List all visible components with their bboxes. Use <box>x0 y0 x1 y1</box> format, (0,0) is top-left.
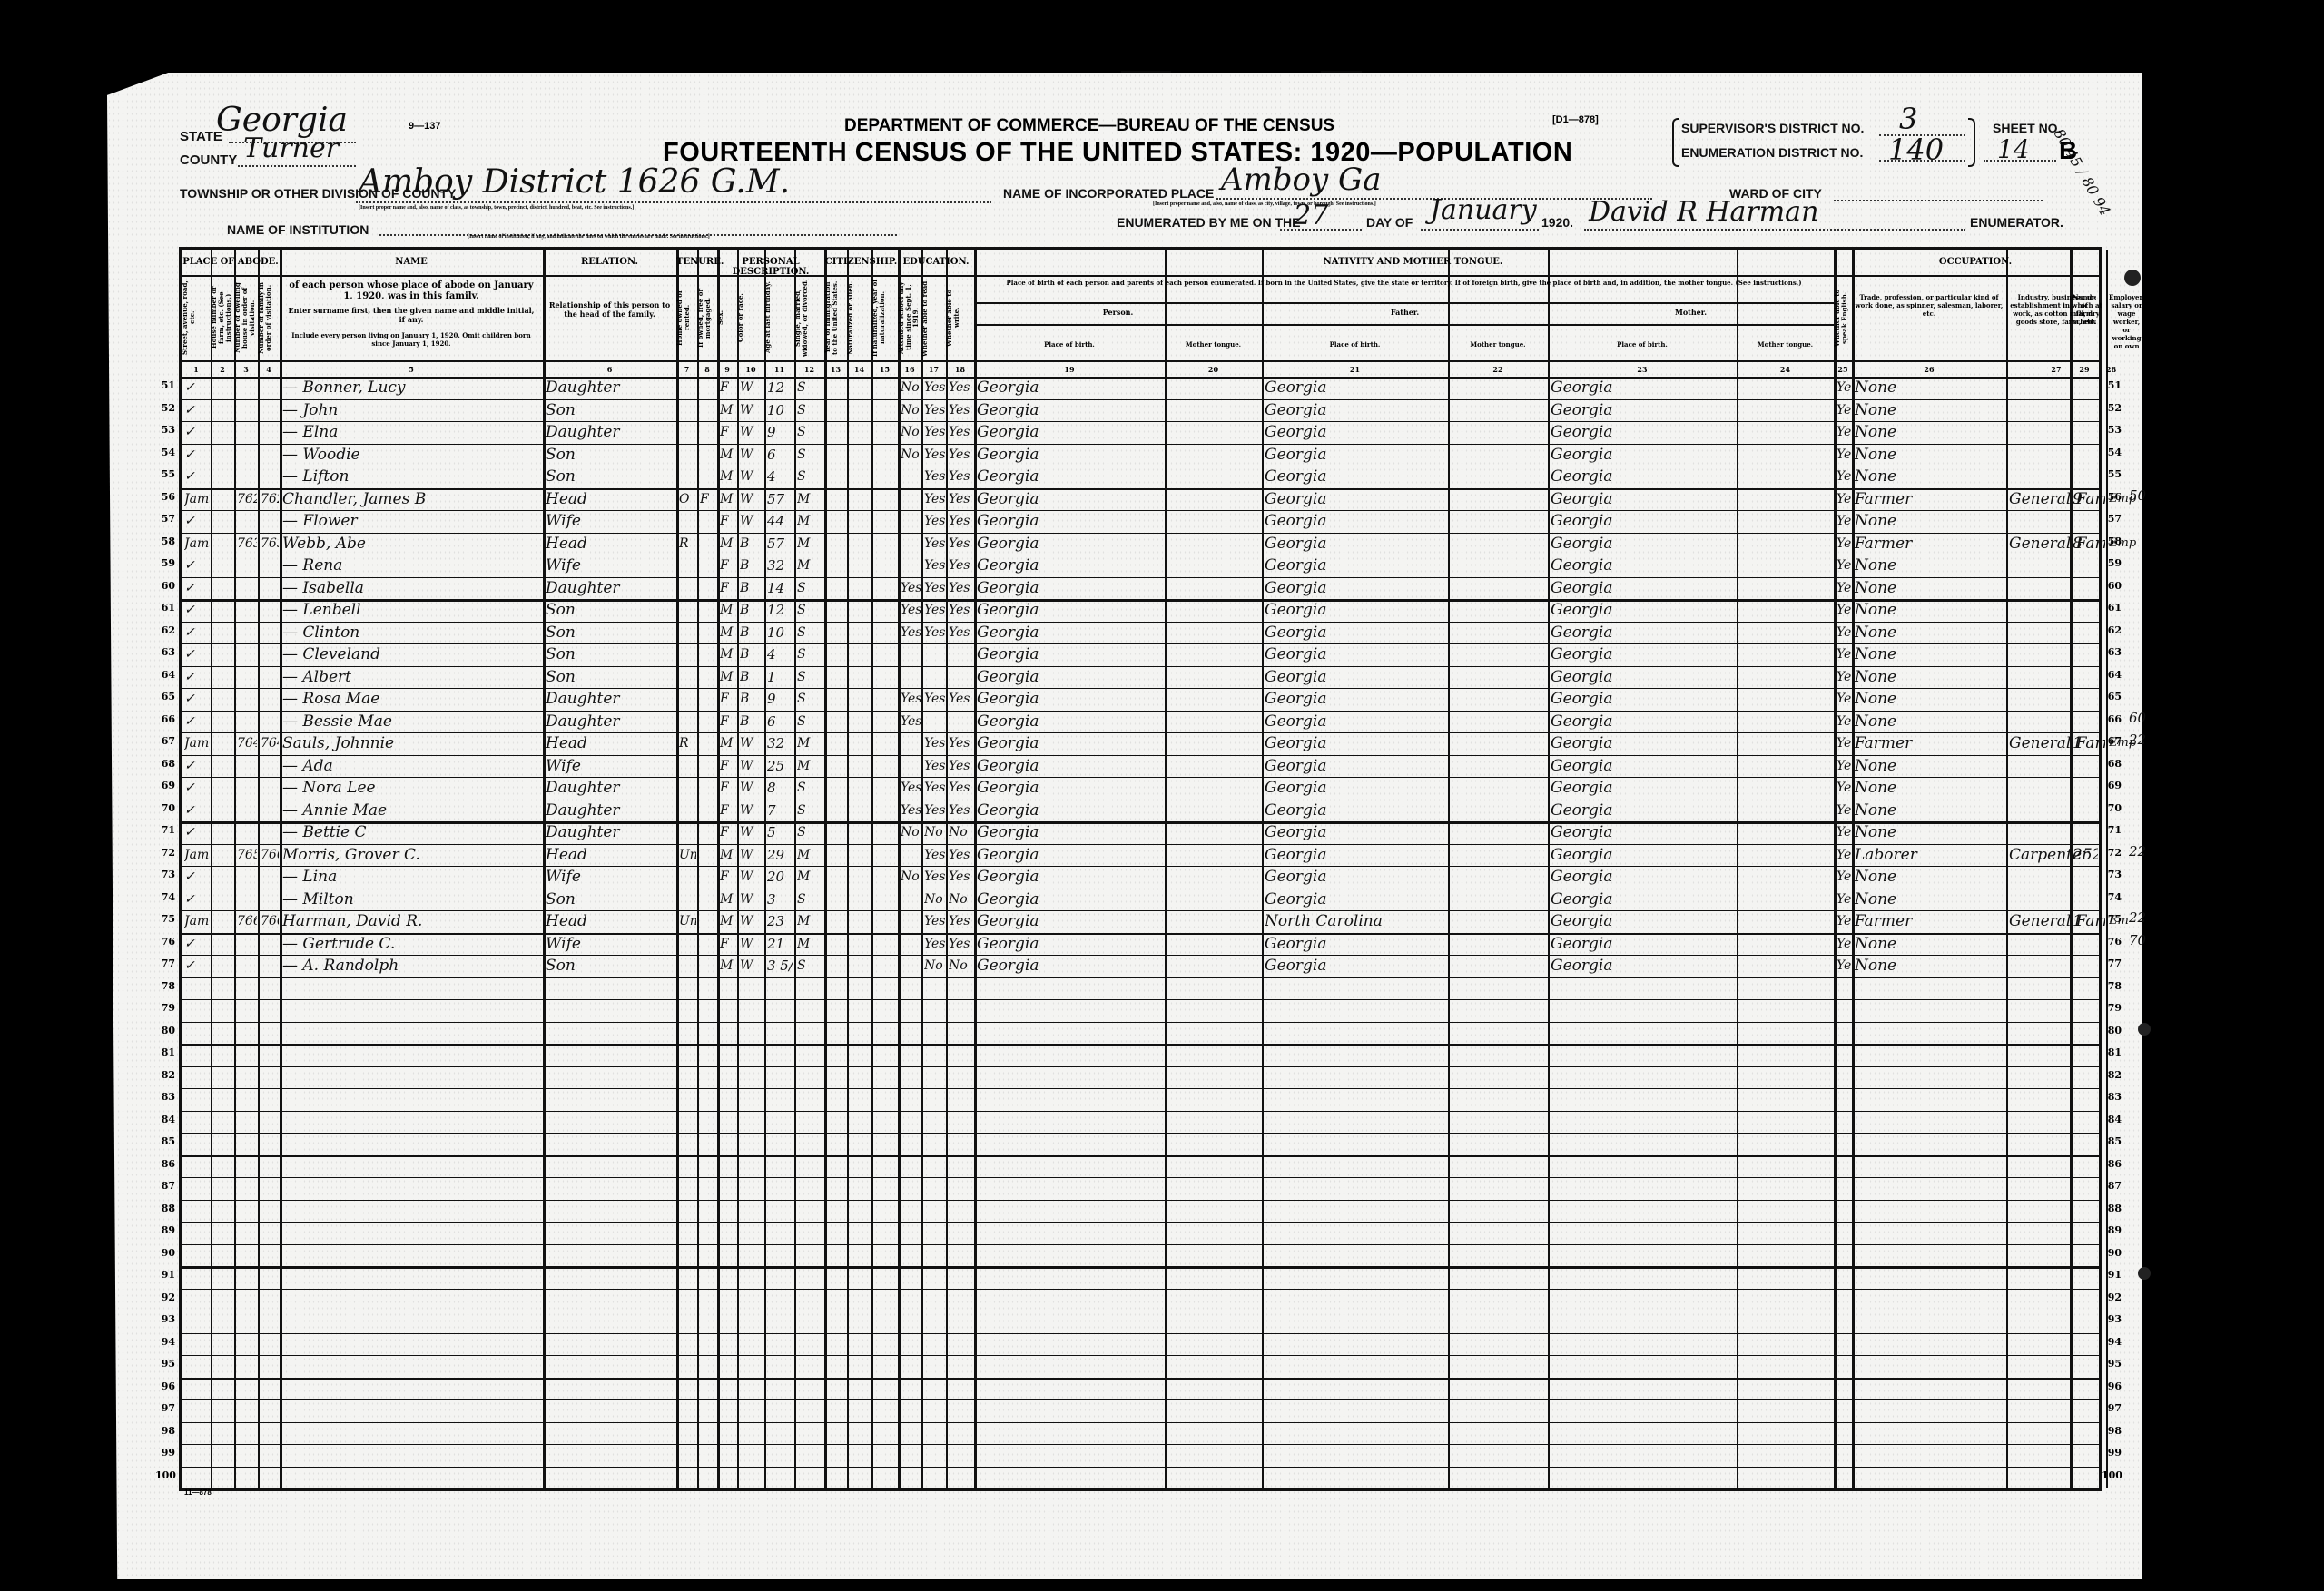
cell-race: W <box>740 421 763 443</box>
cell-trade: None <box>1855 688 2005 710</box>
cell-relation: Son <box>546 399 675 421</box>
relation-header-text: Relationship of this person to the head … <box>548 300 671 337</box>
cell-farm: 1 <box>2073 910 2098 932</box>
cell-read: No <box>924 821 945 843</box>
cell-street: ✓ <box>184 466 210 487</box>
cell-birth: Georgia <box>977 399 1164 421</box>
cell-street: ✓ <box>184 577 210 599</box>
cell-read: Yes <box>924 933 945 955</box>
cell-read: Yes <box>924 910 945 932</box>
cell-sex: F <box>720 866 736 888</box>
day-of-label: DAY OF <box>1366 215 1413 230</box>
line-number-right: 62 <box>2102 624 2122 636</box>
table-row[interactable]: ✓— Rosa MaeDaughterFB9SYesYesYesGeorgiaG… <box>182 688 2099 711</box>
cell-trade: Farmer <box>1855 732 2005 754</box>
cell-father: Georgia <box>1265 466 1447 487</box>
cell-sex: M <box>720 466 736 487</box>
cell-english: Yes <box>1837 755 1851 777</box>
cell-write: Yes <box>949 688 973 710</box>
table-row[interactable]: Jam764764Sauls, JohnnieHeadRMW32MYesYesG… <box>182 732 2099 755</box>
cell-race: W <box>740 488 763 510</box>
cell-birth: Georgia <box>977 910 1164 932</box>
cell-street: ✓ <box>184 622 210 643</box>
cell-marital: S <box>797 889 823 910</box>
cell-read: Yes <box>924 688 945 710</box>
cell-relation: Daughter <box>546 421 675 443</box>
cell-farm: 9 <box>2073 488 2098 510</box>
vertical-column-header: Color or race. <box>737 279 764 357</box>
cell-birth: Georgia <box>977 777 1164 799</box>
occupation-column-header: Trade, profession, or particular kind of… <box>1855 293 2004 348</box>
cell-race: W <box>740 732 763 754</box>
cell-name: — Bessie Mae <box>282 711 542 732</box>
cell-marital: M <box>797 933 823 955</box>
line-number-left: 84 <box>155 1114 175 1125</box>
cell-marital: M <box>797 910 823 932</box>
cell-trade: None <box>1855 933 2005 955</box>
cell-read: Yes <box>924 800 945 821</box>
county-line <box>238 165 356 167</box>
vertical-column-header: Number of family in order of visitation. <box>258 279 280 357</box>
cell-father: Georgia <box>1265 577 1447 599</box>
occupation-column-header: Employer, salary or wage worker, or work… <box>2109 293 2144 348</box>
cell-sex: F <box>720 711 736 732</box>
cell-age: 29 <box>767 844 793 866</box>
row-divider <box>182 1066 2099 1067</box>
cell-trade: Laborer <box>1855 844 2005 866</box>
cell-birth: Georgia <box>977 555 1164 576</box>
cell-school: Yes <box>901 688 921 710</box>
cell-english: Yes <box>1837 666 1851 688</box>
row-divider <box>182 1378 2099 1380</box>
cell-relation: Daughter <box>546 377 675 398</box>
cell-father: Georgia <box>1265 688 1447 710</box>
table-row[interactable]: ✓— Bonner, LucyDaughterFW12SNoYesYesGeor… <box>182 377 2099 399</box>
cell-race: W <box>740 933 763 955</box>
form-code: [D1—878] <box>1552 114 1599 125</box>
line-number-left: 63 <box>155 646 175 658</box>
line-number-right: 84 <box>2102 1114 2122 1125</box>
cell-mother: Georgia <box>1551 844 1736 866</box>
cell-sex: F <box>720 821 736 843</box>
cell-mother: Georgia <box>1551 777 1736 799</box>
line-number-left: 51 <box>155 379 175 391</box>
sheet-number: 14 <box>1997 134 2030 164</box>
line-number-left: 81 <box>155 1046 175 1058</box>
line-number-left: 58 <box>155 535 175 547</box>
column-number: 25 <box>1834 365 1852 374</box>
cell-race: W <box>740 466 763 487</box>
line-number-left: 57 <box>155 513 175 525</box>
cell-age: 23 <box>767 910 793 932</box>
cell-trade: Farmer <box>1855 488 2005 510</box>
line-number-left: 95 <box>155 1358 175 1370</box>
incorporated-value: Amboy Ga <box>1221 162 1381 198</box>
line-number-right: 69 <box>2102 780 2122 791</box>
table-row[interactable]: ✓— ClevelandSonMB4SGeorgiaGeorgiaGeorgia… <box>182 643 2099 666</box>
cell-age: 32 <box>767 732 793 754</box>
cell-sex: F <box>720 377 736 398</box>
column-number: 14 <box>847 365 871 374</box>
cell-family: 766 <box>261 910 279 932</box>
line-number-left: 87 <box>155 1180 175 1192</box>
row-divider <box>182 1022 2099 1023</box>
nativity-subheader: Person. <box>974 308 1262 319</box>
cell-age: 4 <box>767 643 793 665</box>
cell-write: Yes <box>949 533 973 555</box>
form-number: 9—137 <box>409 121 440 132</box>
cell-mother: Georgia <box>1551 622 1736 643</box>
nativity-subheader: Mother. <box>1548 308 1834 319</box>
cell-marital: M <box>797 533 823 555</box>
line-number-left: 68 <box>155 758 175 770</box>
cell-sex: M <box>720 889 736 910</box>
cell-read: Yes <box>924 777 945 799</box>
cell-english: Yes <box>1837 800 1851 821</box>
cell-relation: Daughter <box>546 821 675 843</box>
line-number-right: 91 <box>2102 1269 2122 1281</box>
cell-dwelling: 762 <box>237 488 257 510</box>
cell-write: Yes <box>949 800 973 821</box>
cell-marital: S <box>797 622 823 643</box>
line-number-left: 54 <box>155 447 175 458</box>
cell-relation: Wife <box>546 866 675 888</box>
row-divider <box>182 1467 2099 1468</box>
cell-mother: Georgia <box>1551 910 1736 932</box>
nativity-column-header: Place of birth. <box>1262 340 1448 351</box>
cell-street: Jam <box>184 732 210 754</box>
cell-marital: M <box>797 866 823 888</box>
cell-relation: Wife <box>546 755 675 777</box>
cell-age: 12 <box>767 377 793 398</box>
line-number-left: 94 <box>155 1336 175 1348</box>
cell-age: 32 <box>767 555 793 576</box>
cell-english: Yes <box>1837 488 1851 510</box>
punch-hole <box>2138 1023 2151 1036</box>
cell-marital: S <box>797 643 823 665</box>
line-number-right: 93 <box>2102 1313 2122 1325</box>
cell-birth: Georgia <box>977 933 1164 955</box>
cell-mother: Georgia <box>1551 533 1736 555</box>
table-row[interactable]: ✓— AdaWifeFW25MYesYesGeorgiaGeorgiaGeorg… <box>182 755 2099 778</box>
vertical-column-header: Number of dwelling house in order of vis… <box>234 279 258 357</box>
cell-name: — Lifton <box>282 466 542 487</box>
cell-family: 766 <box>261 844 279 866</box>
line-number-left: 74 <box>155 891 175 903</box>
cell-age: 57 <box>767 488 793 510</box>
cell-sex: M <box>720 488 736 510</box>
cell-name: — Rosa Mae <box>282 688 542 710</box>
cell-father: Georgia <box>1265 421 1447 443</box>
cell-father: Georgia <box>1265 889 1447 910</box>
cell-birth: Georgia <box>977 466 1164 487</box>
vertical-column-header: Sex. <box>717 279 737 357</box>
cell-marital: M <box>797 555 823 576</box>
institution-note: [Insert name of institution, if any, and… <box>468 234 710 240</box>
margin-note: 22 <box>2129 732 2146 748</box>
cell-sex: M <box>720 955 736 977</box>
line-number-right: 53 <box>2102 424 2122 436</box>
cell-write: Yes <box>949 844 973 866</box>
vertical-column-header: Street, avenue, road, etc. <box>182 279 211 357</box>
cell-street: ✓ <box>184 666 210 688</box>
line-number-right: 100 <box>2102 1469 2122 1481</box>
cell-birth: Georgia <box>977 533 1164 555</box>
cell-english: Yes <box>1837 688 1851 710</box>
column-number: 2 <box>211 365 234 374</box>
line-number-right: 58 <box>2102 535 2122 547</box>
cell-write: Yes <box>949 444 973 466</box>
township-note: [Insert proper name and, also, name of c… <box>359 205 634 211</box>
cell-school: No <box>901 421 921 443</box>
table-row[interactable]: ✓— LenbellSonMB12SYesYesYesGeorgiaGeorgi… <box>182 599 2099 622</box>
line-number-right: 77 <box>2102 958 2122 969</box>
cell-street: ✓ <box>184 800 210 821</box>
row-divider <box>182 1444 2099 1445</box>
enumeration-district: 140 <box>1888 133 1944 167</box>
census-table: Place of abode.NameRelation.Tenure.Perso… <box>179 247 2102 1491</box>
footer-code: 11—878 <box>184 1488 212 1497</box>
cell-street: ✓ <box>184 821 210 843</box>
cell-father: Georgia <box>1265 777 1447 799</box>
line-number-right: 73 <box>2102 869 2122 880</box>
column-number: 10 <box>737 365 764 374</box>
cell-name: — Gertrude C. <box>282 933 542 955</box>
table-row[interactable]: ✓— JohnSonMW10SNoYesYesGeorgiaGeorgiaGeo… <box>182 399 2099 422</box>
group-header: Tenure. <box>676 257 717 267</box>
cell-english: Yes <box>1837 955 1851 977</box>
cell-school: No <box>901 821 921 843</box>
table-row[interactable]: ✓— ElnaDaughterFW9SNoYesYesGeorgiaGeorgi… <box>182 421 2099 444</box>
cell-birth: Georgia <box>977 577 1164 599</box>
cell-sex: M <box>720 622 736 643</box>
day-value: 27 <box>1294 200 1328 231</box>
table-row[interactable]: ✓— FlowerWifeFW44MYesYesGeorgiaGeorgiaGe… <box>182 510 2099 533</box>
column-number: 7 <box>676 365 697 374</box>
table-row[interactable]: ✓— A. RandolphSonMW3 5/12SNoNoGeorgiaGeo… <box>182 955 2099 977</box>
line-number-left: 100 <box>155 1469 175 1481</box>
cell-age: 14 <box>767 577 793 599</box>
cell-mother: Georgia <box>1551 510 1736 532</box>
name-header-text: Include every person living on January 1… <box>287 331 536 351</box>
ward-line <box>1834 200 2043 201</box>
cell-mother: Georgia <box>1551 821 1736 843</box>
cell-age: 9 <box>767 421 793 443</box>
cell-sex: M <box>720 732 736 754</box>
line-number-left: 83 <box>155 1091 175 1103</box>
line-number-right: 85 <box>2102 1135 2122 1147</box>
group-header: Personal description. <box>717 257 824 277</box>
cell-sex: F <box>720 933 736 955</box>
cell-relation: Daughter <box>546 577 675 599</box>
table-row[interactable]: ✓— RenaWifeFB32MYesYesGeorgiaGeorgiaGeor… <box>182 555 2099 577</box>
line-number-left: 92 <box>155 1291 175 1303</box>
cell-marital: M <box>797 844 823 866</box>
table-row[interactable]: ✓— AlbertSonMB1SGeorgiaGeorgiaGeorgiaYes… <box>182 666 2099 689</box>
table-row[interactable]: ✓— Bessie MaeDaughterFB6SYesGeorgiaGeorg… <box>182 711 2099 733</box>
line-number-left: 67 <box>155 735 175 747</box>
table-row[interactable]: ✓— Gertrude C.WifeFW21MYesYesGeorgiaGeor… <box>182 933 2099 956</box>
cell-english: Yes <box>1837 777 1851 799</box>
vertical-column-header: If owned, free or mortgaged. <box>697 279 717 357</box>
cell-father: Georgia <box>1265 755 1447 777</box>
table-row[interactable]: ✓— MiltonSonMW3SNoNoGeorgiaGeorgiaGeorgi… <box>182 889 2099 911</box>
cell-english: Yes <box>1837 622 1851 643</box>
table-row[interactable]: ✓— LiftonSonMW4SYesYesGeorgiaGeorgiaGeor… <box>182 466 2099 488</box>
vertical-column-header: Whether able to speak English. <box>1834 279 1852 357</box>
cell-street: ✓ <box>184 510 210 532</box>
column-number: 5 <box>280 365 543 374</box>
cell-street: ✓ <box>184 377 210 398</box>
census-title: FOURTEENTH CENSUS OF THE UNITED STATES: … <box>663 138 1572 168</box>
line-number-left: 75 <box>155 913 175 925</box>
cell-street: ✓ <box>184 955 210 977</box>
cell-mort: F <box>700 488 716 510</box>
cell-age: 20 <box>767 866 793 888</box>
line-number-right: 78 <box>2102 980 2122 992</box>
county-label: COUNTY <box>180 152 237 168</box>
cell-english: Yes <box>1837 910 1851 932</box>
table-row[interactable]: Jam765766Morris, Grover C.HeadUnMW29MYes… <box>182 844 2099 867</box>
cell-father: Georgia <box>1265 599 1447 621</box>
cell-age: 44 <box>767 510 793 532</box>
line-number-left: 99 <box>155 1447 175 1458</box>
cell-street: ✓ <box>184 889 210 910</box>
line-number-left: 70 <box>155 802 175 814</box>
cell-relation: Head <box>546 732 675 754</box>
cell-read: Yes <box>924 377 945 398</box>
cell-street: ✓ <box>184 777 210 799</box>
nativity-column-header: Mother tongue. <box>1448 340 1548 351</box>
table-row[interactable]: Jam762762Chandler, James BHeadOFMW57MYes… <box>182 488 2099 511</box>
table-row[interactable]: ✓— Bettie CDaughterFW5SNoNoNoGeorgiaGeor… <box>182 821 2099 844</box>
cell-street: ✓ <box>184 444 210 466</box>
cell-marital: M <box>797 732 823 754</box>
cell-name: — Flower <box>282 510 542 532</box>
vertical-column-header: Whether able to write. <box>946 279 974 357</box>
occupation-column-header: Number of farm schedule. <box>2073 293 2096 348</box>
cell-relation: Son <box>546 643 675 665</box>
cell-english: Yes <box>1837 821 1851 843</box>
table-row[interactable]: Jam763763Webb, AbeHeadRMB57MYesYesGeorgi… <box>182 533 2099 555</box>
cell-age: 9 <box>767 688 793 710</box>
cell-race: W <box>740 889 763 910</box>
line-number-left: 66 <box>155 713 175 725</box>
column-number: 20 <box>1165 365 1262 374</box>
cell-marital: S <box>797 777 823 799</box>
cell-read: Yes <box>924 577 945 599</box>
cell-read: Yes <box>924 755 945 777</box>
line-number-left: 60 <box>155 580 175 592</box>
line-number-right: 55 <box>2102 468 2122 480</box>
cell-trade: None <box>1855 510 2005 532</box>
cell-family: 762 <box>261 488 279 510</box>
cell-relation: Son <box>546 622 675 643</box>
cell-birth: Georgia <box>977 955 1164 977</box>
cell-mother: Georgia <box>1551 643 1736 665</box>
line-number-right: 70 <box>2102 802 2122 814</box>
cell-street: Jam <box>184 488 210 510</box>
table-row[interactable]: ✓— LinaWifeFW20MNoYesYesGeorgiaGeorgiaGe… <box>182 866 2099 889</box>
cell-read: No <box>924 955 945 977</box>
cell-write: Yes <box>949 755 973 777</box>
month-value: January <box>1430 194 1537 226</box>
line-number-right: 80 <box>2102 1025 2122 1036</box>
table-row[interactable]: Jam766766Harman, David R.HeadUnMW23MYesY… <box>182 910 2099 933</box>
supervisor-label: SUPERVISOR'S DISTRICT NO. <box>1681 121 1864 135</box>
cell-trade: None <box>1855 666 2005 688</box>
cell-father: North Carolina <box>1265 910 1447 932</box>
cell-trade: None <box>1855 444 2005 466</box>
cell-sex: M <box>720 599 736 621</box>
cell-birth: Georgia <box>977 688 1164 710</box>
cell-english: Yes <box>1837 599 1851 621</box>
line-number-left: 61 <box>155 602 175 614</box>
cell-name: Webb, Abe <box>282 533 542 555</box>
cell-mother: Georgia <box>1551 399 1736 421</box>
row-divider <box>182 1222 2099 1223</box>
column-number: 6 <box>543 365 676 374</box>
column-number: 22 <box>1448 365 1548 374</box>
table-row[interactable]: ✓— Annie MaeDaughterFW7SYesYesYesGeorgia… <box>182 800 2099 822</box>
cell-street: ✓ <box>184 933 210 955</box>
column-number: 4 <box>258 365 280 374</box>
column-number: 21 <box>1262 365 1448 374</box>
column-number: 19 <box>974 365 1165 374</box>
cell-father: Georgia <box>1265 821 1447 843</box>
column-number: 16 <box>898 365 921 374</box>
cell-name: — Lina <box>282 866 542 888</box>
group-header: Nativity and mother tongue. <box>974 257 1852 267</box>
vertical-column-header: House number or farm, etc. (See instruct… <box>211 279 234 357</box>
header-divider <box>182 275 2099 277</box>
cell-trade: None <box>1855 777 2005 799</box>
cell-marital: S <box>797 377 823 398</box>
incorporated-note: [Insert proper name and, also, name of c… <box>1153 201 1376 207</box>
table-row[interactable]: ✓— IsabellaDaughterFB14SYesYesYesGeorgia… <box>182 577 2099 600</box>
cell-family: 763 <box>261 533 279 555</box>
table-row[interactable]: ✓— ClintonSonMB10SYesYesYesGeorgiaGeorgi… <box>182 622 2099 644</box>
cell-read: Yes <box>924 732 945 754</box>
line-number-left: 56 <box>155 491 175 503</box>
cell-trade: None <box>1855 466 2005 487</box>
enumeration-label: ENUMERATION DISTRICT NO. <box>1681 145 1863 160</box>
month-line <box>1421 229 1539 231</box>
table-row[interactable]: ✓— WoodieSonMW6SNoYesYesGeorgiaGeorgiaGe… <box>182 444 2099 466</box>
district-bracket <box>1672 118 1679 167</box>
cell-mother: Georgia <box>1551 800 1736 821</box>
cell-name: — Elna <box>282 421 542 443</box>
line-number-left: 82 <box>155 1069 175 1081</box>
cell-relation: Head <box>546 488 675 510</box>
cell-write: Yes <box>949 510 973 532</box>
cell-mother: Georgia <box>1551 444 1736 466</box>
cell-birth: Georgia <box>977 755 1164 777</box>
line-number-left: 88 <box>155 1203 175 1214</box>
line-number-right: 72 <box>2102 847 2122 859</box>
cell-trade: Farmer <box>1855 910 2005 932</box>
cell-race: B <box>740 533 763 555</box>
cell-relation: Son <box>546 955 675 977</box>
row-divider <box>182 1355 2099 1356</box>
line-number-right: 96 <box>2102 1380 2122 1392</box>
punch-hole <box>2138 1267 2151 1280</box>
cell-father: Georgia <box>1265 488 1447 510</box>
cell-mother: Georgia <box>1551 577 1736 599</box>
cell-name: — John <box>282 399 542 421</box>
punch-hole <box>2124 270 2141 286</box>
table-row[interactable]: ✓— Nora LeeDaughterFW8SYesYesYesGeorgiaG… <box>182 777 2099 800</box>
